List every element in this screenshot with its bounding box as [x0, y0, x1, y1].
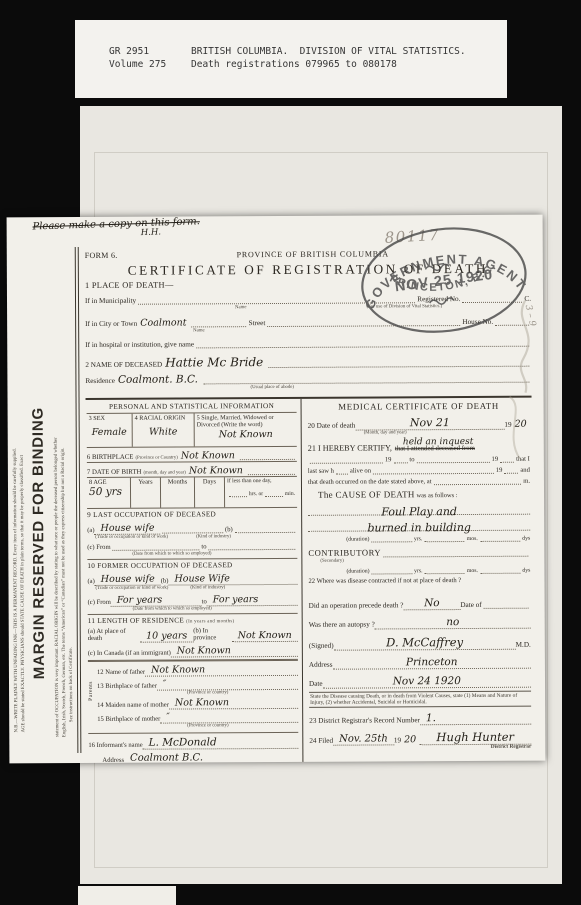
mother-value: Not Known: [169, 697, 298, 710]
physician-address-value: Princeton: [332, 656, 531, 670]
field: [373, 466, 494, 475]
parents-tab: Parents: [88, 662, 97, 730]
field: [425, 566, 465, 574]
certify-struck-wrap: that I attended deceased from held an in…: [395, 445, 475, 452]
residence-label: Residence: [85, 377, 115, 385]
field: [372, 566, 412, 574]
inquest-annotation: held an inquest: [403, 437, 474, 447]
field: [393, 455, 407, 463]
dys-label: dys: [522, 536, 530, 542]
sex-value: Female: [89, 427, 130, 438]
marital-status-value: Not Known: [197, 429, 295, 441]
date-of-birth-field: [248, 466, 295, 475]
information-columns: PERSONAL AND STATISTICAL INFORMATION 3 S…: [86, 396, 534, 764]
father-name-row: 12 Name of father Not Known: [97, 663, 298, 676]
occ10-c-sublabel: (Date from which to which so employed): [133, 606, 212, 611]
len11-b-label: (b) In province: [193, 627, 232, 641]
date-of-birth-label: 7 DATE OF BIRTH: [87, 469, 142, 476]
archive-ref: GR 2951: [109, 45, 191, 58]
deceased-name-row: 2 NAME OF DECEASED Hattie Mc Bride: [85, 353, 531, 369]
age-note: If less than one day,: [227, 478, 272, 484]
filed-label: 24 Filed: [309, 737, 333, 745]
informant-row: 16 Informant's name L. McDonald: [88, 732, 298, 749]
occ10-a-value: House wife: [95, 574, 161, 586]
name-sublabel: Name: [235, 305, 246, 310]
contributory-subrow: (Secondary): [308, 558, 530, 564]
last-saw-label: last saw h: [308, 468, 334, 475]
mother-birthplace-row: 15 Birthplace of mother ″: [97, 710, 298, 723]
occ9-a-field: [162, 525, 223, 533]
informant-value: L. McDonald: [143, 736, 299, 750]
city-label: If in City or Town: [85, 320, 137, 328]
age-hrs-label: hrs. or: [249, 491, 263, 497]
father-birthplace-row: 13 Birthplace of father ″: [97, 677, 298, 690]
registrar-signature: Hugh Hunter: [419, 730, 531, 746]
mos-label: mos.: [467, 536, 478, 542]
name-sublabel: Name: [193, 328, 204, 333]
deceased-name-value: Hattie Mc Bride: [162, 355, 266, 370]
last-occupation-row: (a) House wife (b): [87, 521, 297, 534]
operation-value: No: [403, 597, 460, 610]
duration-row: (duration) yrs. mos. dys: [308, 534, 530, 543]
father-bp-value: ″: [157, 678, 298, 691]
violent-causes-note: State the Disease causing Death, or in d…: [309, 691, 531, 709]
archive-header-row: GR 2951 BRITISH COLUMBIA. DIVISION OF VI…: [75, 45, 507, 58]
cause-value-1: Foul Play and: [381, 505, 457, 518]
deceased-name-label: 2 NAME OF DECEASED: [85, 361, 162, 369]
racial-origin-cell: 4 RACIAL ORIGIN White: [133, 413, 195, 446]
autopsy-value: no: [375, 616, 531, 630]
personal-column: PERSONAL AND STATISTICAL INFORMATION 3 S…: [86, 399, 304, 764]
residence-value: Coalmont. B.C.: [115, 373, 201, 385]
filed-year-prefix: 19: [394, 737, 401, 745]
alive-on-label: alive on: [350, 468, 371, 475]
archive-volume: Volume 275: [109, 58, 191, 71]
last-occupation-dates-row: (c) From to: [87, 542, 297, 551]
deceased-name-field: [268, 358, 529, 368]
field: [371, 534, 411, 542]
occ10-b-sublabel: (Kind of industry): [190, 585, 225, 590]
record-number-label: 23 District Registrar's Record Number: [309, 717, 420, 726]
father-bp-label: 13 Birthplace of father: [97, 683, 157, 690]
father-birthplace-subrow: (Province or country): [97, 690, 298, 696]
occ9-b-sublabel: (Kind of industry): [196, 534, 231, 539]
margin-instruction-line: AGE should be stated EXACTLY. PHYSICIANS…: [20, 455, 26, 732]
age-min-field: [265, 488, 283, 497]
abode-sublabel: (Usual place of abode): [250, 385, 294, 390]
sex-racial-marital-row: 3 SEX Female 4 RACIAL ORIGIN White 5 Sin…: [87, 412, 297, 448]
residence-field: [203, 374, 530, 385]
birthplace-field: [240, 451, 295, 460]
signed-label: (Signed): [309, 642, 334, 650]
occ9-a-label: (a): [87, 527, 94, 534]
mos-label: mos.: [467, 568, 478, 574]
paper-fragment: [78, 886, 176, 905]
mother-bp-label: 15 Birthplace of mother: [97, 716, 160, 723]
date-of-death-value: Nov 21: [355, 416, 504, 431]
occ9-b-label: (b): [225, 526, 233, 533]
duration-label: (duration): [346, 569, 369, 575]
death-occurred-label: that death occurred on the date stated a…: [308, 478, 432, 486]
certify-label: 21 I HEREBY CERTIFY,: [308, 443, 392, 452]
date-of-birth-value: Not Known: [186, 465, 246, 476]
cause-line-1: Foul Play and: [308, 501, 530, 516]
age-days-cell: Days: [195, 477, 225, 507]
occ9-to-field: [208, 542, 295, 550]
occ10-a-label: (a): [87, 578, 94, 585]
age-months-cell: Months: [161, 477, 195, 507]
handwritten-note: Please make a copy on this form. H.H.: [32, 216, 200, 241]
disease-contracted-row: 22 Where was disease contracted if not a…: [308, 577, 530, 585]
hospital-label: If in hospital or institution, give name: [85, 340, 194, 349]
len11-a-value: 10 years: [140, 630, 193, 642]
archive-header-row: Volume 275 Death registrations 079965 to…: [75, 58, 507, 71]
field: [424, 534, 464, 542]
physician-signature: D. McCaffrey: [334, 635, 516, 651]
date-of-death-label: 20 Date of death: [308, 422, 356, 430]
archive-header: GR 2951 BRITISH COLUMBIA. DIVISION OF VI…: [75, 20, 507, 98]
birthplace-row: 6 BIRTHPLACE (Province or Country) Not K…: [87, 447, 297, 463]
len11-c-label: (c) In Canada (if an immigrant): [88, 650, 171, 657]
sex-label: 3 SEX: [89, 415, 105, 422]
street-label: Street: [249, 319, 266, 327]
informant-address-value: Coalmont B.C.: [124, 752, 298, 764]
length-of-residence-heading: 11 LENGTH OF RESIDENCE (In years and mon…: [88, 614, 298, 625]
occ10-b-value: House Wife: [168, 573, 297, 586]
father-value: Not Known: [145, 664, 298, 677]
secondary-sublabel: (Secondary): [320, 559, 343, 564]
mother-birthplace-subrow: (Province or country): [97, 723, 298, 730]
cause-label: The CAUSE OF DEATH: [318, 489, 415, 500]
occ9-c-label: (c) From: [87, 544, 110, 551]
mother-bp-value: ″: [160, 711, 298, 724]
len11-a-label: (a) At place of death: [88, 628, 140, 642]
marital-status-label: 5 Single, Married, Widowed or Divorced (…: [197, 414, 274, 428]
operation-label: Did an operation precede death ?: [309, 601, 404, 609]
age-note-cell: If less than one day, hrs. or min.: [225, 477, 297, 507]
filed-row: 24 Filed Nov. 25th 1920 Hugh Hunter: [309, 729, 531, 745]
birthplace-label: 6 BIRTHPLACE: [87, 454, 134, 461]
to-label: to: [409, 456, 414, 463]
date-of-birth-row: 7 DATE OF BIRTH (month, day and year) No…: [87, 462, 297, 478]
len11-label: 11 LENGTH OF RESIDENCE: [88, 616, 184, 625]
yrs-label: yrs.: [414, 568, 423, 574]
disease-contracted-label: 22 Where was disease contracted if not a…: [308, 577, 461, 585]
father-bp-sublabel: (Province or country): [187, 690, 228, 695]
physician-address-row: Address Princeton: [309, 655, 531, 669]
parents-rows: 12 Name of father Not Known 13 Birthplac…: [97, 661, 298, 730]
former-occupation-row: (a) House wife (b) House Wife: [87, 572, 297, 585]
field: [484, 600, 529, 609]
margin-instruction-line: See instructions on back of Certificate.: [69, 647, 74, 722]
binding-rule: [75, 247, 82, 753]
year-19: 19: [385, 456, 392, 463]
contributory-label: CONTRIBUTORY: [308, 547, 381, 557]
margin-instruction-line: N.B.—WRITE PLAINLY WITH UNFADING INK—THI…: [13, 448, 19, 732]
city-field: [192, 318, 247, 327]
parents-section: Parents 12 Name of father Not Known 13 B…: [88, 660, 298, 730]
date-of-birth-sublabel: (month, day and year): [143, 470, 185, 475]
record-number-row: 23 District Registrar's Record Number 1.: [309, 711, 531, 725]
father-label: 12 Name of father: [97, 669, 145, 676]
filed-date-value: Nov. 25th: [333, 734, 394, 746]
occ9-to-label: to: [201, 543, 206, 550]
occ9-a-value: House wife: [95, 523, 161, 535]
margin-binding-label: MARGIN RESERVED FOR BINDING: [30, 407, 48, 679]
last-occupation-heading: 9 LAST OCCUPATION OF DECEASED: [87, 508, 297, 519]
age-years-cell: Years: [131, 478, 161, 508]
operation-row: Did an operation precede death ? No Date…: [309, 596, 531, 610]
occ9-c-sublabel: (Date from which to which so employed): [132, 551, 211, 556]
field: [383, 548, 528, 558]
dod-sublabel: (Month, day and year): [364, 430, 407, 435]
cause-value-2: burned in building: [367, 521, 471, 535]
age-hrs-field: [229, 488, 247, 497]
age-table: 8 AGE 50 yrs Years Months Days If less t…: [87, 477, 297, 509]
field: [336, 467, 348, 475]
mother-name-row: 14 Maiden name of mother Not Known: [97, 696, 298, 709]
certificate-date-row: Date Nov 24 1920: [309, 674, 531, 688]
residence-canada-row: (c) In Canada (if an immigrant) Not Know…: [88, 644, 298, 661]
occ10-from-value: For years: [111, 594, 202, 606]
racial-origin-value: White: [135, 426, 192, 437]
len11-sublabel: (In years and months): [186, 619, 234, 624]
len11-c-value: Not Known: [171, 645, 298, 658]
margin-instruction-line: statement of OCCUPATION is very importan…: [54, 437, 61, 737]
sex-cell: 3 SEX Female: [87, 414, 133, 447]
age-value: 50 yrs: [89, 486, 122, 498]
age-min-label: min.: [285, 491, 295, 497]
certificate-date-label: Date: [309, 680, 323, 688]
parents-label: Parents: [88, 681, 94, 701]
occ10-a-sublabel: (Trade or occupation or kind of work): [96, 586, 169, 591]
contributory-row: CONTRIBUTORY: [308, 547, 530, 558]
marital-status-cell: 5 Single, Married, Widowed or Divorced (…: [195, 413, 297, 447]
microfilm-frame: { "archive_header": { "rows": [ {"left":…: [0, 0, 581, 905]
signed-row: (Signed) D. McCaffrey M.D.: [309, 634, 531, 650]
archive-title: BRITISH COLUMBIA. DIVISION OF VITAL STAT…: [191, 45, 466, 58]
physician-address-label: Address: [309, 661, 333, 669]
duration-label: (duration): [346, 537, 369, 543]
informant-label: 16 Informant's name: [88, 742, 142, 749]
archive-range: Death registrations 079965 to 080178: [191, 58, 397, 71]
informant-address-label: Address: [102, 757, 124, 764]
field: [480, 566, 520, 574]
residence-row: Residence Coalmont. B.C.: [85, 371, 531, 385]
autopsy-label: Was there an autopsy ?: [309, 620, 375, 628]
certificate-date-value: Nov 24 1920: [323, 675, 531, 689]
record-number-value: 1.: [420, 712, 531, 726]
operation-date-label: Date of: [460, 601, 481, 609]
age-cell: 8 AGE 50 yrs: [87, 478, 131, 508]
registrar-title: District Registrar: [491, 745, 532, 750]
occ10-to-value: For years: [207, 594, 298, 606]
cause-heading: The CAUSE OF DEATH was as follows :: [308, 489, 530, 500]
mother-bp-sublabel: (Province or country): [187, 723, 228, 728]
field: [480, 534, 520, 542]
yrs-label: yrs.: [414, 536, 423, 542]
filed-year-value: 20: [401, 735, 419, 746]
autopsy-row: Was there an autopsy ? no: [309, 615, 531, 629]
cause-label-2: was as follows :: [416, 492, 457, 499]
field: [417, 455, 490, 463]
racial-origin-label: 4 RACIAL ORIGIN: [135, 414, 186, 421]
former-occupation-heading: 10 FORMER OCCUPATION OF DECEASED: [87, 559, 297, 570]
occ10-b-label: (b): [161, 578, 169, 585]
duration2-row: (duration) yrs. mos. dys: [308, 566, 530, 575]
form-number: FORM 6.: [85, 251, 165, 260]
md-label: M.D.: [516, 641, 531, 649]
field: [310, 455, 383, 463]
residence-place-row: (a) At place of death 10 years (b) In pr…: [88, 627, 298, 642]
occ9-a-sublabel: (Trade or occupation or kind of work): [95, 535, 168, 540]
len11-b-value: Not Known: [232, 630, 298, 642]
cause-line-2: burned in building: [308, 517, 530, 532]
city-value: Coalmont: [137, 317, 189, 328]
informant-address-row: Address Coalmont B.C.: [88, 751, 298, 764]
occ9-b-field: [235, 525, 296, 533]
occ10-c-label: (c) From: [88, 599, 111, 606]
death-certificate: Please make a copy on this form. H.H. N.…: [7, 215, 546, 764]
registrar-title-row: District Registrar: [309, 745, 531, 753]
government-agent-stamp: GOVERNMENT AGENT NOV 25 1920 PRINCETON, …: [355, 219, 534, 342]
margin-instruction-line: English, Irish, Scotch, French, German, …: [61, 448, 68, 738]
birthplace-sublabel: (Province or Country): [135, 456, 177, 461]
mother-label: 14 Maiden name of mother: [97, 702, 169, 709]
municipality-label: If in Municipality: [85, 297, 136, 305]
former-occupation-dates-row: (c) From For years to For years: [88, 593, 298, 606]
occ9-from-field: [113, 542, 200, 550]
birthplace-value: Not Known: [178, 450, 238, 461]
dys-label: dys: [522, 568, 530, 574]
